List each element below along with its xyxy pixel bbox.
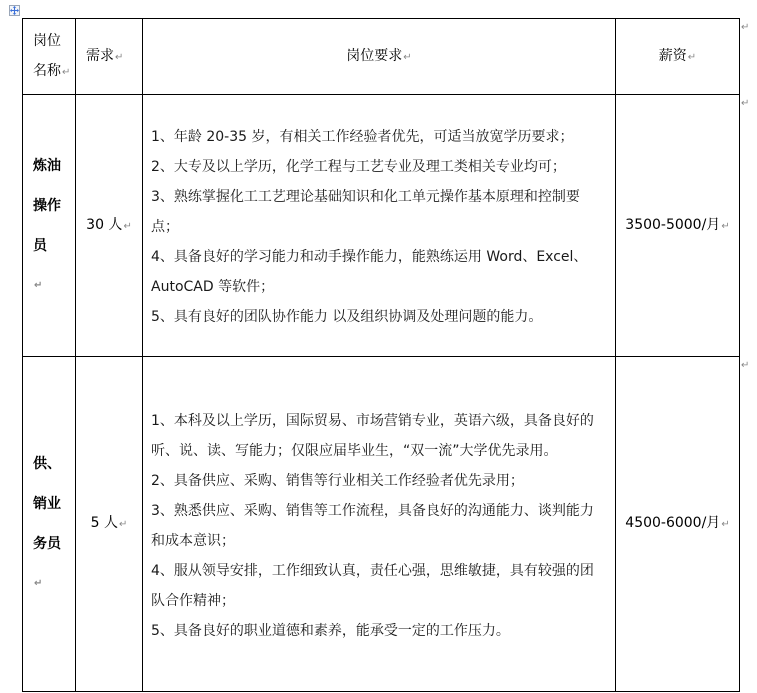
paragraph-mark-icon: ↵ (34, 266, 75, 306)
end-of-row-mark-icon: ↵ (741, 98, 749, 109)
header-position-name[interactable]: 岗位 名称↵ (23, 19, 76, 95)
paragraph-mark-icon: ↵ (403, 52, 411, 63)
paragraph-mark-icon: ↵ (688, 52, 696, 63)
requirement-item: 2、具备供应、采购、销售等行业相关工作经验者优先录用； (151, 466, 607, 496)
paragraph-mark-icon: ↵ (62, 67, 70, 78)
requirement-item: 2、大专及以上学历，化学工程与工艺专业及理工类相关专业均可； (151, 152, 607, 182)
table-header-row: 岗位 名称↵ 需求↵ 岗位要求↵ 薪资↵ (23, 19, 740, 95)
salary-cell[interactable]: 3500-5000/月↵ (616, 95, 740, 357)
job-requirements-table: 岗位 名称↵ 需求↵ 岗位要求↵ 薪资↵ 炼油 操作 员↵ 30 人↵ 1、年龄… (22, 18, 740, 692)
header-salary[interactable]: 薪资↵ (616, 19, 740, 95)
requirement-item: 3、熟悉供应、采购、销售等工作流程，具备良好的沟通能力、谈判能力和成本意识； (151, 496, 607, 556)
paragraph-mark-icon: ↵ (721, 519, 729, 530)
salary-cell[interactable]: 4500-6000/月↵ (616, 357, 740, 692)
table-row: 供、 销业 务员↵ 5 人↵ 1、本科及以上学历，国际贸易、市场营销专业，英语六… (23, 357, 740, 692)
demand-cell[interactable]: 5 人↵ (76, 357, 143, 692)
requirement-item: 4、具备良好的学习能力和动手操作能力，能熟练运用 Word、Excel、Auto… (151, 242, 607, 302)
end-of-row-mark-icon: ↵ (741, 360, 749, 371)
requirement-item: 1、年龄 20-35 岁，有相关工作经验者优先，可适当放宽学历要求； (151, 122, 607, 152)
table-move-handle-icon[interactable] (9, 5, 20, 16)
requirements-cell[interactable]: 1、本科及以上学历，国际贸易、市场营销专业，英语六级，具备良好的听、说、读、写能… (143, 357, 616, 692)
four-way-arrow-icon (10, 6, 19, 15)
table-row: 炼油 操作 员↵ 30 人↵ 1、年龄 20-35 岁，有相关工作经验者优先，可… (23, 95, 740, 357)
paragraph-mark-icon: ↵ (115, 52, 123, 63)
demand-cell[interactable]: 30 人↵ (76, 95, 143, 357)
paragraph-mark-icon: ↵ (34, 564, 75, 604)
requirement-item: 4、服从领导安排，工作细致认真，责任心强，思维敏捷，具有较强的团队合作精神； (151, 556, 607, 616)
position-name-cell[interactable]: 炼油 操作 员↵ (23, 95, 76, 357)
paragraph-mark-icon: ↵ (721, 221, 729, 232)
requirement-item: 3、熟练掌握化工工艺理论基础知识和化工单元操作基本原理和控制要点； (151, 182, 607, 242)
header-requirements[interactable]: 岗位要求↵ (143, 19, 616, 95)
position-name-cell[interactable]: 供、 销业 务员↵ (23, 357, 76, 692)
requirement-item: 5、具备良好的职业道德和素养，能承受一定的工作压力。 (151, 616, 607, 646)
header-demand[interactable]: 需求↵ (76, 19, 143, 95)
requirements-cell[interactable]: 1、年龄 20-35 岁，有相关工作经验者优先，可适当放宽学历要求； 2、大专及… (143, 95, 616, 357)
paragraph-mark-icon: ↵ (123, 221, 131, 232)
requirement-item: 5、具有良好的团队协作能力 以及组织协调及处理问题的能力。 (151, 302, 607, 332)
paragraph-mark-icon: ↵ (119, 519, 127, 530)
end-of-row-mark-icon: ↵ (741, 22, 749, 33)
requirement-item: 1、本科及以上学历，国际贸易、市场营销专业，英语六级，具备良好的听、说、读、写能… (151, 406, 607, 466)
